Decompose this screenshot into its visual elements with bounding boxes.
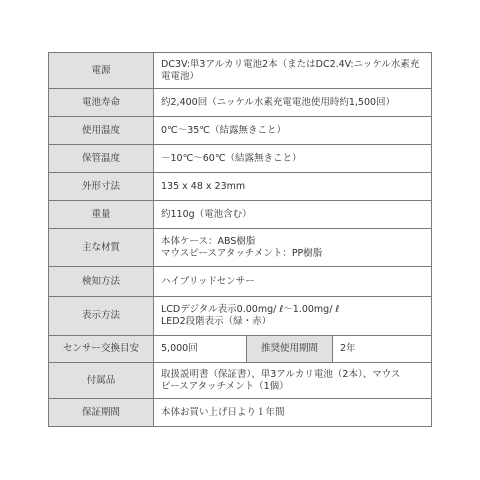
spec-row-accessories: 付属品 取扱説明書（保証書）、単3アルカリ電池（2本）、マウス ピースアタッチメ…	[49, 363, 432, 399]
spec-row-battery-life: 電池寿命 約2,400回（ニッケル水素充電電池使用時約1,500回）	[49, 89, 432, 117]
spec-label: 外形寸法	[49, 173, 154, 201]
spec-value-line: DC3V:単3アルカリ電池2本（またはDC2.4V:ニッケル水素充	[161, 59, 424, 71]
spec-label: 重量	[49, 201, 154, 229]
spec-value-line: 取扱説明書（保証書）、単3アルカリ電池（2本）、マウス	[161, 369, 424, 381]
spec-row-display: 表示方法 LCDデジタル表示0.00mg/ ℓ～1.00mg/ ℓ LED2段階…	[49, 297, 432, 336]
spec-row-detection: 検知方法 ハイブリッドセンサー	[49, 267, 432, 297]
spec-row-storage-temp: 保管温度 －10℃～60℃（結露無きこと）	[49, 145, 432, 173]
spec-value: 取扱説明書（保証書）、単3アルカリ電池（2本）、マウス ピースアタッチメント（1…	[154, 363, 432, 399]
spec-row-materials: 主な材質 本体ケース：ABS樹脂 マウスピースアタッチメント：PP樹脂	[49, 229, 432, 267]
spec-value-line: 0℃～35℃（結露無きこと）	[161, 125, 424, 137]
spec-value-line: 約110g（電池含む）	[161, 209, 424, 221]
spec-label: 電源	[49, 53, 154, 89]
spec-value-line: ピースアタッチメント（1個）	[161, 381, 424, 393]
spec-label: 付属品	[49, 363, 154, 399]
spec-row-power: 電源 DC3V:単3アルカリ電池2本（またはDC2.4V:ニッケル水素充 電電池…	[49, 53, 432, 89]
spec-row-weight: 重量 約110g（電池含む）	[49, 201, 432, 229]
spec-table: 電源 DC3V:単3アルカリ電池2本（またはDC2.4V:ニッケル水素充 電電池…	[48, 52, 432, 427]
spec-label: 使用温度	[49, 117, 154, 145]
spec-label: 保管温度	[49, 145, 154, 173]
spec-value: 135 x 48 x 23mm	[154, 173, 432, 201]
spec-label: 主な材質	[49, 229, 154, 267]
spec-row-sensor: センサー交換目安 5,000回 推奨使用期間 2年	[49, 336, 432, 363]
spec-value-line: LCDデジタル表示0.00mg/ ℓ～1.00mg/ ℓ	[161, 304, 424, 316]
spec-row-warranty: 保証期間 本体お買い上げ日より１年間	[49, 399, 432, 427]
spec-label: 電池寿命	[49, 89, 154, 117]
spec-value: LCDデジタル表示0.00mg/ ℓ～1.00mg/ ℓ LED2段階表示（緑・…	[154, 297, 432, 336]
spec-value-line: 電電池）	[161, 71, 424, 83]
spec-value-line: ハイブリッドセンサー	[161, 276, 424, 288]
spec-value-line: 約2,400回（ニッケル水素充電電池使用時約1,500回）	[161, 97, 424, 109]
spec-row-dimensions: 外形寸法 135 x 48 x 23mm	[49, 173, 432, 201]
spec-value: 約2,400回（ニッケル水素充電電池使用時約1,500回）	[154, 89, 432, 117]
spec-value: 本体ケース：ABS樹脂 マウスピースアタッチメント：PP樹脂	[154, 229, 432, 267]
spec-label: センサー交換目安	[49, 336, 154, 363]
spec-value-line: 本体ケース：ABS樹脂	[161, 236, 424, 248]
spec-value-line: LED2段階表示（緑・赤）	[161, 316, 424, 328]
spec-sub-label: 推奨使用期間	[247, 336, 333, 363]
spec-value: ハイブリッドセンサー	[154, 267, 432, 297]
spec-value: －10℃～60℃（結露無きこと）	[154, 145, 432, 173]
spec-value-line: 本体お買い上げ日より１年間	[161, 407, 424, 419]
spec-value: 約110g（電池含む）	[154, 201, 432, 229]
spec-value: 0℃～35℃（結露無きこと）	[154, 117, 432, 145]
spec-sub-value: 2年	[333, 336, 432, 363]
spec-value-line: マウスピースアタッチメント：PP樹脂	[161, 248, 424, 260]
spec-value: DC3V:単3アルカリ電池2本（またはDC2.4V:ニッケル水素充 電電池）	[154, 53, 432, 89]
spec-value-line: 135 x 48 x 23mm	[161, 181, 424, 193]
spec-value: 本体お買い上げ日より１年間	[154, 399, 432, 427]
spec-label: 保証期間	[49, 399, 154, 427]
spec-value-line: －10℃～60℃（結露無きこと）	[161, 153, 424, 165]
spec-value: 5,000回	[154, 336, 247, 363]
spec-row-operating-temp: 使用温度 0℃～35℃（結露無きこと）	[49, 117, 432, 145]
spec-label: 表示方法	[49, 297, 154, 336]
spec-label: 検知方法	[49, 267, 154, 297]
